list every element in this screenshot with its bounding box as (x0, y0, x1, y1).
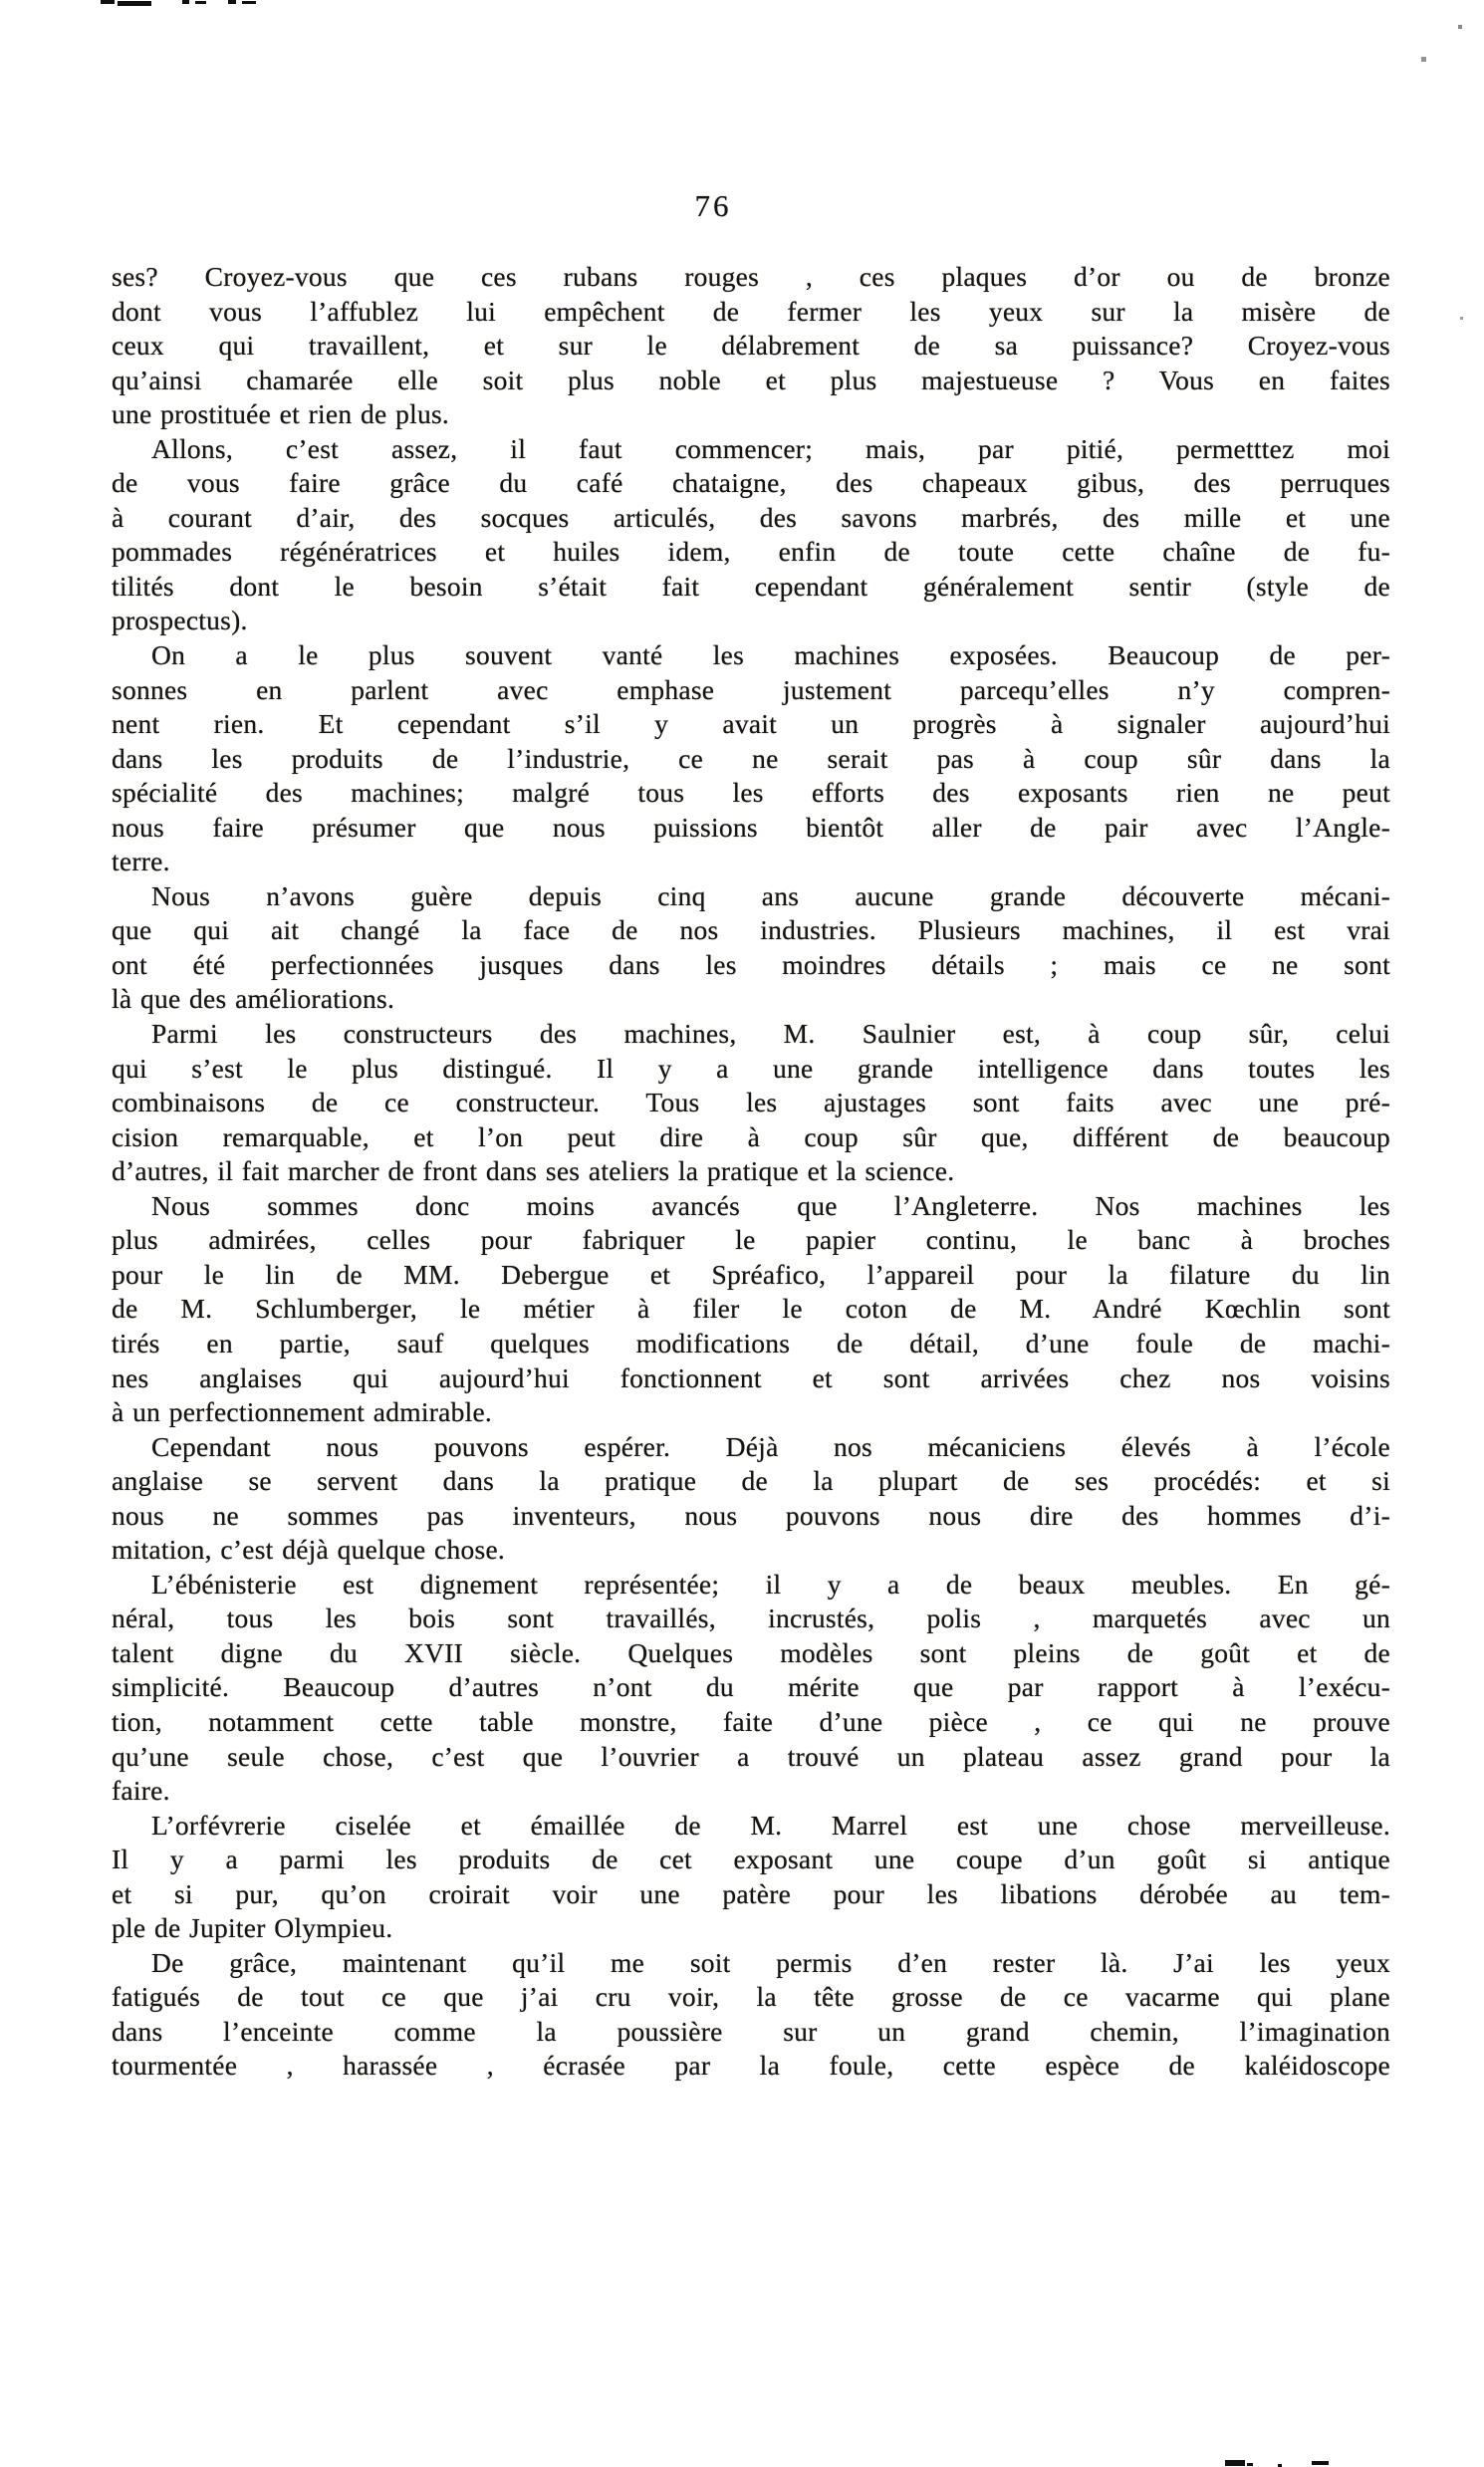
text-line: Il y a parmi les produits de cet exposan… (112, 1843, 1390, 1877)
text-line: spécialité des machines; malgré tous les… (112, 776, 1390, 811)
text-line: Nous n’avons guère depuis cinq ans aucun… (112, 879, 1390, 914)
text-line: dans l’enceinte comme la poussière sur u… (112, 2015, 1390, 2050)
page-number: 76 (110, 188, 1317, 224)
scan-artifact (118, 1, 151, 6)
text-line: qu’une seule chose, c’est que l’ouvrier … (112, 1740, 1390, 1775)
text-line: ceux qui travaillent, et sur le délabrem… (112, 329, 1390, 364)
text-line: ont été perfectionnées jusques dans les … (112, 948, 1390, 983)
scan-artifact (195, 1, 206, 4)
text-line: anglaise se servent dans la pratique de … (112, 1464, 1390, 1499)
text-line: tion, notamment cette table monstre, fai… (112, 1705, 1390, 1740)
scan-artifact (101, 0, 115, 4)
text-line: de M. Schlumberger, le métier à filer le… (112, 1292, 1390, 1327)
text-line: nent rien. Et cependant s’il y avait un … (112, 707, 1390, 742)
text-line: et si pur, qu’on croirait voir une patèr… (112, 1877, 1390, 1912)
text-line: Cependant nous pouvons espérer. Déjà nos… (112, 1430, 1390, 1465)
scan-artifact (1421, 57, 1426, 62)
scan-artifact (242, 1, 256, 4)
text-line: tirés en partie, sauf quelques modificat… (112, 1327, 1390, 1361)
scan-artifact (228, 0, 236, 4)
text-line: à un perfectionnement admirable. (112, 1395, 1390, 1430)
text-line: L’ébénisterie est dignement représentée;… (112, 1568, 1390, 1603)
text-line: talent digne du XVII siècle. Quelques mo… (112, 1636, 1390, 1671)
text-line: prospectus). (112, 604, 1390, 638)
text-line: plus admirées, celles pour fabriquer le … (112, 1223, 1390, 1258)
scan-artifact (182, 0, 189, 4)
text-line: une prostituée et rien de plus. (112, 397, 1390, 432)
scanned-page: 76 ses? Croyez-vous que ces rubans rouge… (0, 0, 1484, 2467)
scan-artifact (1460, 317, 1463, 320)
text-line: fatigués de tout ce que j’ai cru voir, l… (112, 1980, 1390, 2015)
text-line: néral, tous les bois sont travaillés, in… (112, 1602, 1390, 1636)
text-line: On a le plus souvent vanté les machines … (112, 638, 1390, 673)
text-line: De grâce, maintenant qu’il me soit permi… (112, 1946, 1390, 1981)
text-line: là que des améliorations. (112, 982, 1390, 1017)
text-line: nous ne sommes pas inventeurs, nous pouv… (112, 1499, 1390, 1534)
text-line: ple de Jupiter Olympieu. (112, 1911, 1390, 1946)
text-line: à courant d’air, des socques articulés, … (112, 501, 1390, 536)
text-line: tourmentée , harassée , écrasée par la f… (112, 2049, 1390, 2084)
text-line: dont vous l’affublez lui empêchent de fe… (112, 295, 1390, 330)
text-line: nes anglaises qui aujourd’hui fonctionne… (112, 1361, 1390, 1396)
scan-artifact (1312, 2461, 1329, 2465)
text-line: terre. (112, 845, 1390, 879)
text-line: combinaisons de ce constructeur. Tous le… (112, 1086, 1390, 1120)
text-line: cision remarquable, et l’on peut dire à … (112, 1120, 1390, 1155)
text-line: de vous faire grâce du café chataigne, d… (112, 466, 1390, 501)
text-line: pommades régénératrices et huiles idem, … (112, 535, 1390, 570)
text-line: faire. (112, 1774, 1390, 1809)
text-line: que qui ait changé la face de nos indust… (112, 913, 1390, 948)
text-line: Parmi les constructeurs des machines, M.… (112, 1017, 1390, 1052)
text-line: tilités dont le besoin s’était fait cepe… (112, 570, 1390, 605)
text-line: Nous sommes donc moins avancés que l’Ang… (112, 1189, 1390, 1224)
text-line: sonnes en parlent avec emphase justement… (112, 673, 1390, 708)
text-line: mitation, c’est déjà quelque chose. (112, 1533, 1390, 1568)
text-line: dans les produits de l’industrie, ce ne … (112, 742, 1390, 777)
scan-artifact (1225, 2460, 1245, 2466)
text-line: L’orfévrerie ciselée et émaillée de M. M… (112, 1809, 1390, 1844)
text-line: nous faire présumer que nous puissions b… (112, 811, 1390, 846)
text-line: pour le lin de MM. Debergue et Spréafico… (112, 1258, 1390, 1293)
text-line: simplicité. Beaucoup d’autres n’ont du m… (112, 1670, 1390, 1705)
scan-artifact (1247, 2463, 1253, 2466)
text-line: Allons, c’est assez, il faut commencer; … (112, 432, 1390, 467)
text-line: d’autres, il fait marcher de front dans … (112, 1154, 1390, 1189)
page-text: ses? Croyez-vous que ces rubans rouges ,… (112, 260, 1390, 2084)
scan-artifact (1458, 25, 1462, 29)
text-line: qui s’est le plus distingué. Il y a une … (112, 1052, 1390, 1087)
text-line: qu’ainsi chamarée elle soit plus noble e… (112, 364, 1390, 398)
text-line: ses? Croyez-vous que ces rubans rouges ,… (112, 260, 1390, 295)
